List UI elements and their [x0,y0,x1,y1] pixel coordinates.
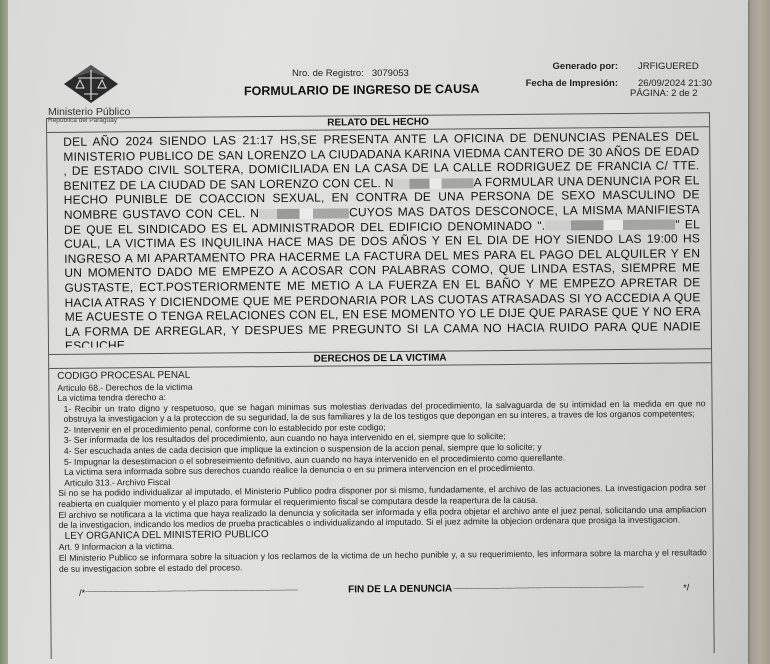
registro-value: 3079053 [372,68,409,79]
print-metadata: Generado por:JRFIGUERED Fecha de Impresi… [508,58,712,92]
document-page: Ministerio Público República del Paragua… [8,0,748,664]
form-title: FORMULARIO DE INGRESO DE CAUSA [244,82,480,98]
redacted-phone [394,178,474,189]
fin-de-la-denuncia: /* -------------------------------------… [59,582,707,598]
generado-value: JRFIGUERED [638,61,699,72]
derechos-section: DERECHOS DE LA VICTIMA CODIGO PROCESAL P… [49,348,713,598]
ministerio-logo: Ministerio Público República del Paragua… [48,64,138,124]
generado-label: Generado por: [508,61,638,72]
dash-rule: ----------------------------------------… [453,583,683,596]
derechos-text: CODIGO PROCESAL PENAL Articulo 68.- Dere… [49,363,713,598]
registro-label: Nro. de Registro: [292,68,364,79]
fecha-label: Fecha de Impresión: [508,78,638,89]
relato-text: DEL AÑO 2024 SIENDO LAS 21:17 HS,SE PRES… [47,127,711,348]
registro-number: Nro. de Registro:3079053 [292,68,409,79]
redacted-building-name [545,220,675,231]
scales-of-justice-icon [62,64,120,104]
background-surface [745,0,770,664]
redacted-phone [259,208,349,219]
dash-rule: ----------------------------------------… [85,585,347,598]
form-body: RELATO DEL HECHO DEL AÑO 2024 SIENDO LAS… [46,112,715,659]
page-number: PÁGINA: 2 de 2 [630,88,698,99]
